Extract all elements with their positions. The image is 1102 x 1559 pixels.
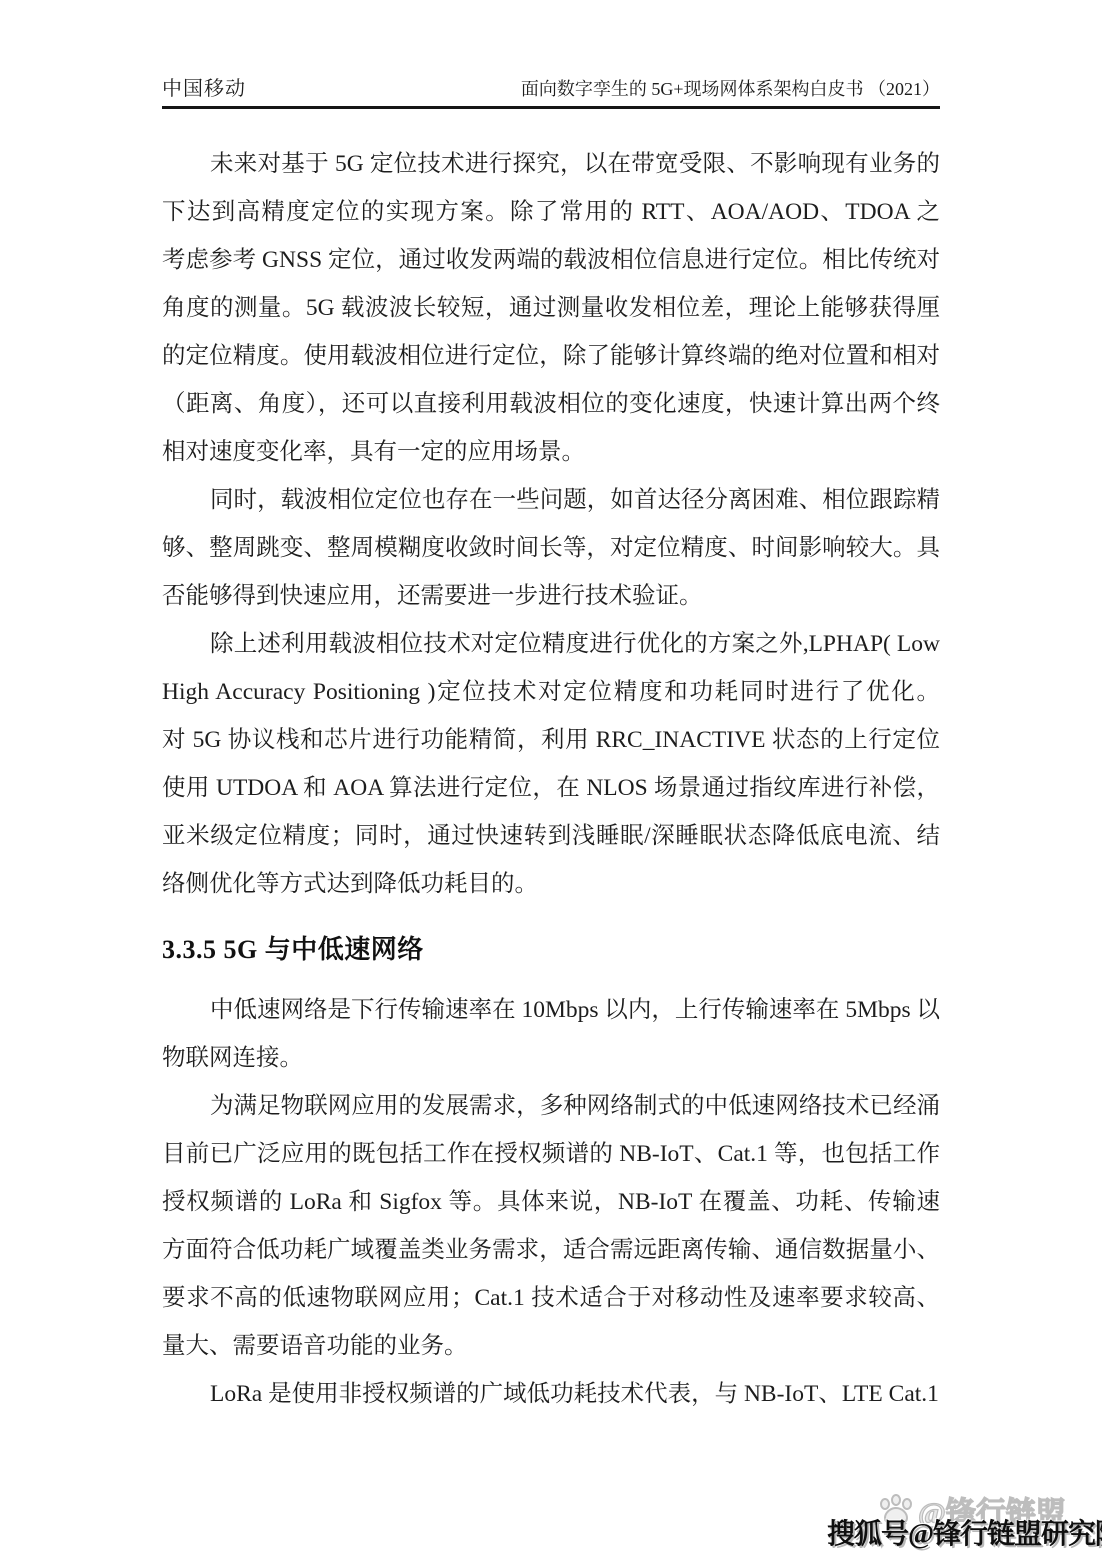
header-org-name: 中国移动 bbox=[162, 72, 246, 101]
paragraph: 除上述利用载波相位技术对定位精度进行优化的方案之外,LPHAP( Low Pow… bbox=[162, 620, 940, 908]
text-line: 除上述利用载波相位技术对定位精度进行优化的方案之外,LPHAP( Low Pow… bbox=[162, 620, 940, 668]
document-body: 未来对基于 5G 定位技术进行探究，以在带宽受限、不影响现有业务的情况 下达到高… bbox=[162, 140, 940, 1418]
text-line: 相对速度变化率，具有一定的应用场景。 bbox=[162, 428, 940, 476]
text-line: LoRa 是使用非授权频谱的广域低功耗技术代表，与 NB-IoT、LTE Cat… bbox=[162, 1370, 940, 1418]
text-line: 要求不高的低速物联网应用；Cat.1 技术适合于对移动性及速率要求较高、数据 bbox=[162, 1274, 940, 1322]
paragraph: 未来对基于 5G 定位技术进行探究，以在带宽受限、不影响现有业务的情况 下达到高… bbox=[162, 140, 940, 476]
text-line: 为满足物联网应用的发展需求，多种网络制式的中低速网络技术已经涌现， bbox=[162, 1082, 940, 1130]
text-line: 同时，载波相位定位也存在一些问题，如首达径分离困难、相位跟踪精度不 bbox=[162, 476, 940, 524]
text-line: 亚米级定位精度；同时，通过快速转到浅睡眠/深睡眠状态降低底电流、结合网 bbox=[162, 812, 940, 860]
paragraph: 中低速网络是下行传输速率在 10Mbps 以内，上行传输速率在 5Mbps 以内… bbox=[162, 986, 940, 1082]
text-line: 使用 UTDOA 和 AOA 算法进行定位，在 NLOS 场景通过指纹库进行补偿… bbox=[162, 764, 940, 812]
section-heading: 3.3.5 5G 与中低速网络 bbox=[162, 908, 940, 986]
text-line: 未来对基于 5G 定位技术进行探究，以在带宽受限、不影响现有业务的情况 bbox=[162, 140, 940, 188]
text-line: 量大、需要语音功能的业务。 bbox=[162, 1322, 940, 1370]
text-line: 对 5G 协议栈和芯片进行功能精简，利用 RRC_INACTIVE 状态的上行定… bbox=[162, 716, 940, 764]
text-line: 否能够得到快速应用，还需要进一步进行技术验证。 bbox=[162, 572, 940, 620]
paragraph: LoRa 是使用非授权频谱的广域低功耗技术代表，与 NB-IoT、LTE Cat… bbox=[162, 1370, 940, 1418]
text-line: 物联网连接。 bbox=[162, 1034, 940, 1082]
watermark-text: 搜狐号@锋行链盟研究院 bbox=[827, 1512, 1102, 1552]
text-line: 下达到高精度定位的实现方案。除了常用的 RTT、AOA/AOD、TDOA 之外，… bbox=[162, 188, 940, 236]
text-line: 中低速网络是下行传输速率在 10Mbps 以内，上行传输速率在 5Mbps 以内… bbox=[162, 986, 940, 1034]
paragraph: 同时，载波相位定位也存在一些问题，如首达径分离困难、相位跟踪精度不 够、整周跳变… bbox=[162, 476, 940, 620]
paragraph: 为满足物联网应用的发展需求，多种网络制式的中低速网络技术已经涌现， 目前已广泛应… bbox=[162, 1082, 940, 1370]
text-line: 够、整周跳变、整周模糊度收敛时间长等，对定位精度、时间影响较大。具体是 bbox=[162, 524, 940, 572]
text-line: 方面符合低功耗广域覆盖类业务需求，适合需远距离传输、通信数据量小、时延 bbox=[162, 1226, 940, 1274]
text-line: 角度的测量。5G 载波波长较短，通过测量收发相位差，理论上能够获得厘米级 bbox=[162, 284, 940, 332]
header-doc-title: 面向数字孪生的 5G+现场网体系架构白皮书 （2021） bbox=[521, 75, 940, 101]
text-line: （距离、角度），还可以直接利用载波相位的变化速度，快速计算出两个终端的 bbox=[162, 380, 940, 428]
text-line: High Accuracy Positioning )定位技术对定位精度和功耗同… bbox=[162, 668, 940, 716]
document-page: 中国移动 面向数字孪生的 5G+现场网体系架构白皮书 （2021） 未来对基于 … bbox=[0, 0, 1102, 1559]
text-line: 目前已广泛应用的既包括工作在授权频谱的 NB-IoT、Cat.1 等，也包括工作… bbox=[162, 1130, 940, 1178]
page-header: 中国移动 面向数字孪生的 5G+现场网体系架构白皮书 （2021） bbox=[162, 72, 940, 109]
text-line: 络侧优化等方式达到降低功耗目的。 bbox=[162, 860, 940, 908]
text-line: 授权频谱的 LoRa 和 Sigfox 等。具体来说，NB-IoT 在覆盖、功耗… bbox=[162, 1178, 940, 1226]
text-line: 的定位精度。使用载波相位进行定位，除了能够计算终端的绝对位置和相对位置 bbox=[162, 332, 940, 380]
text-line: 考虑参考 GNSS 定位，通过收发两端的载波相位信息进行定位。相比传统对时间、 bbox=[162, 236, 940, 284]
